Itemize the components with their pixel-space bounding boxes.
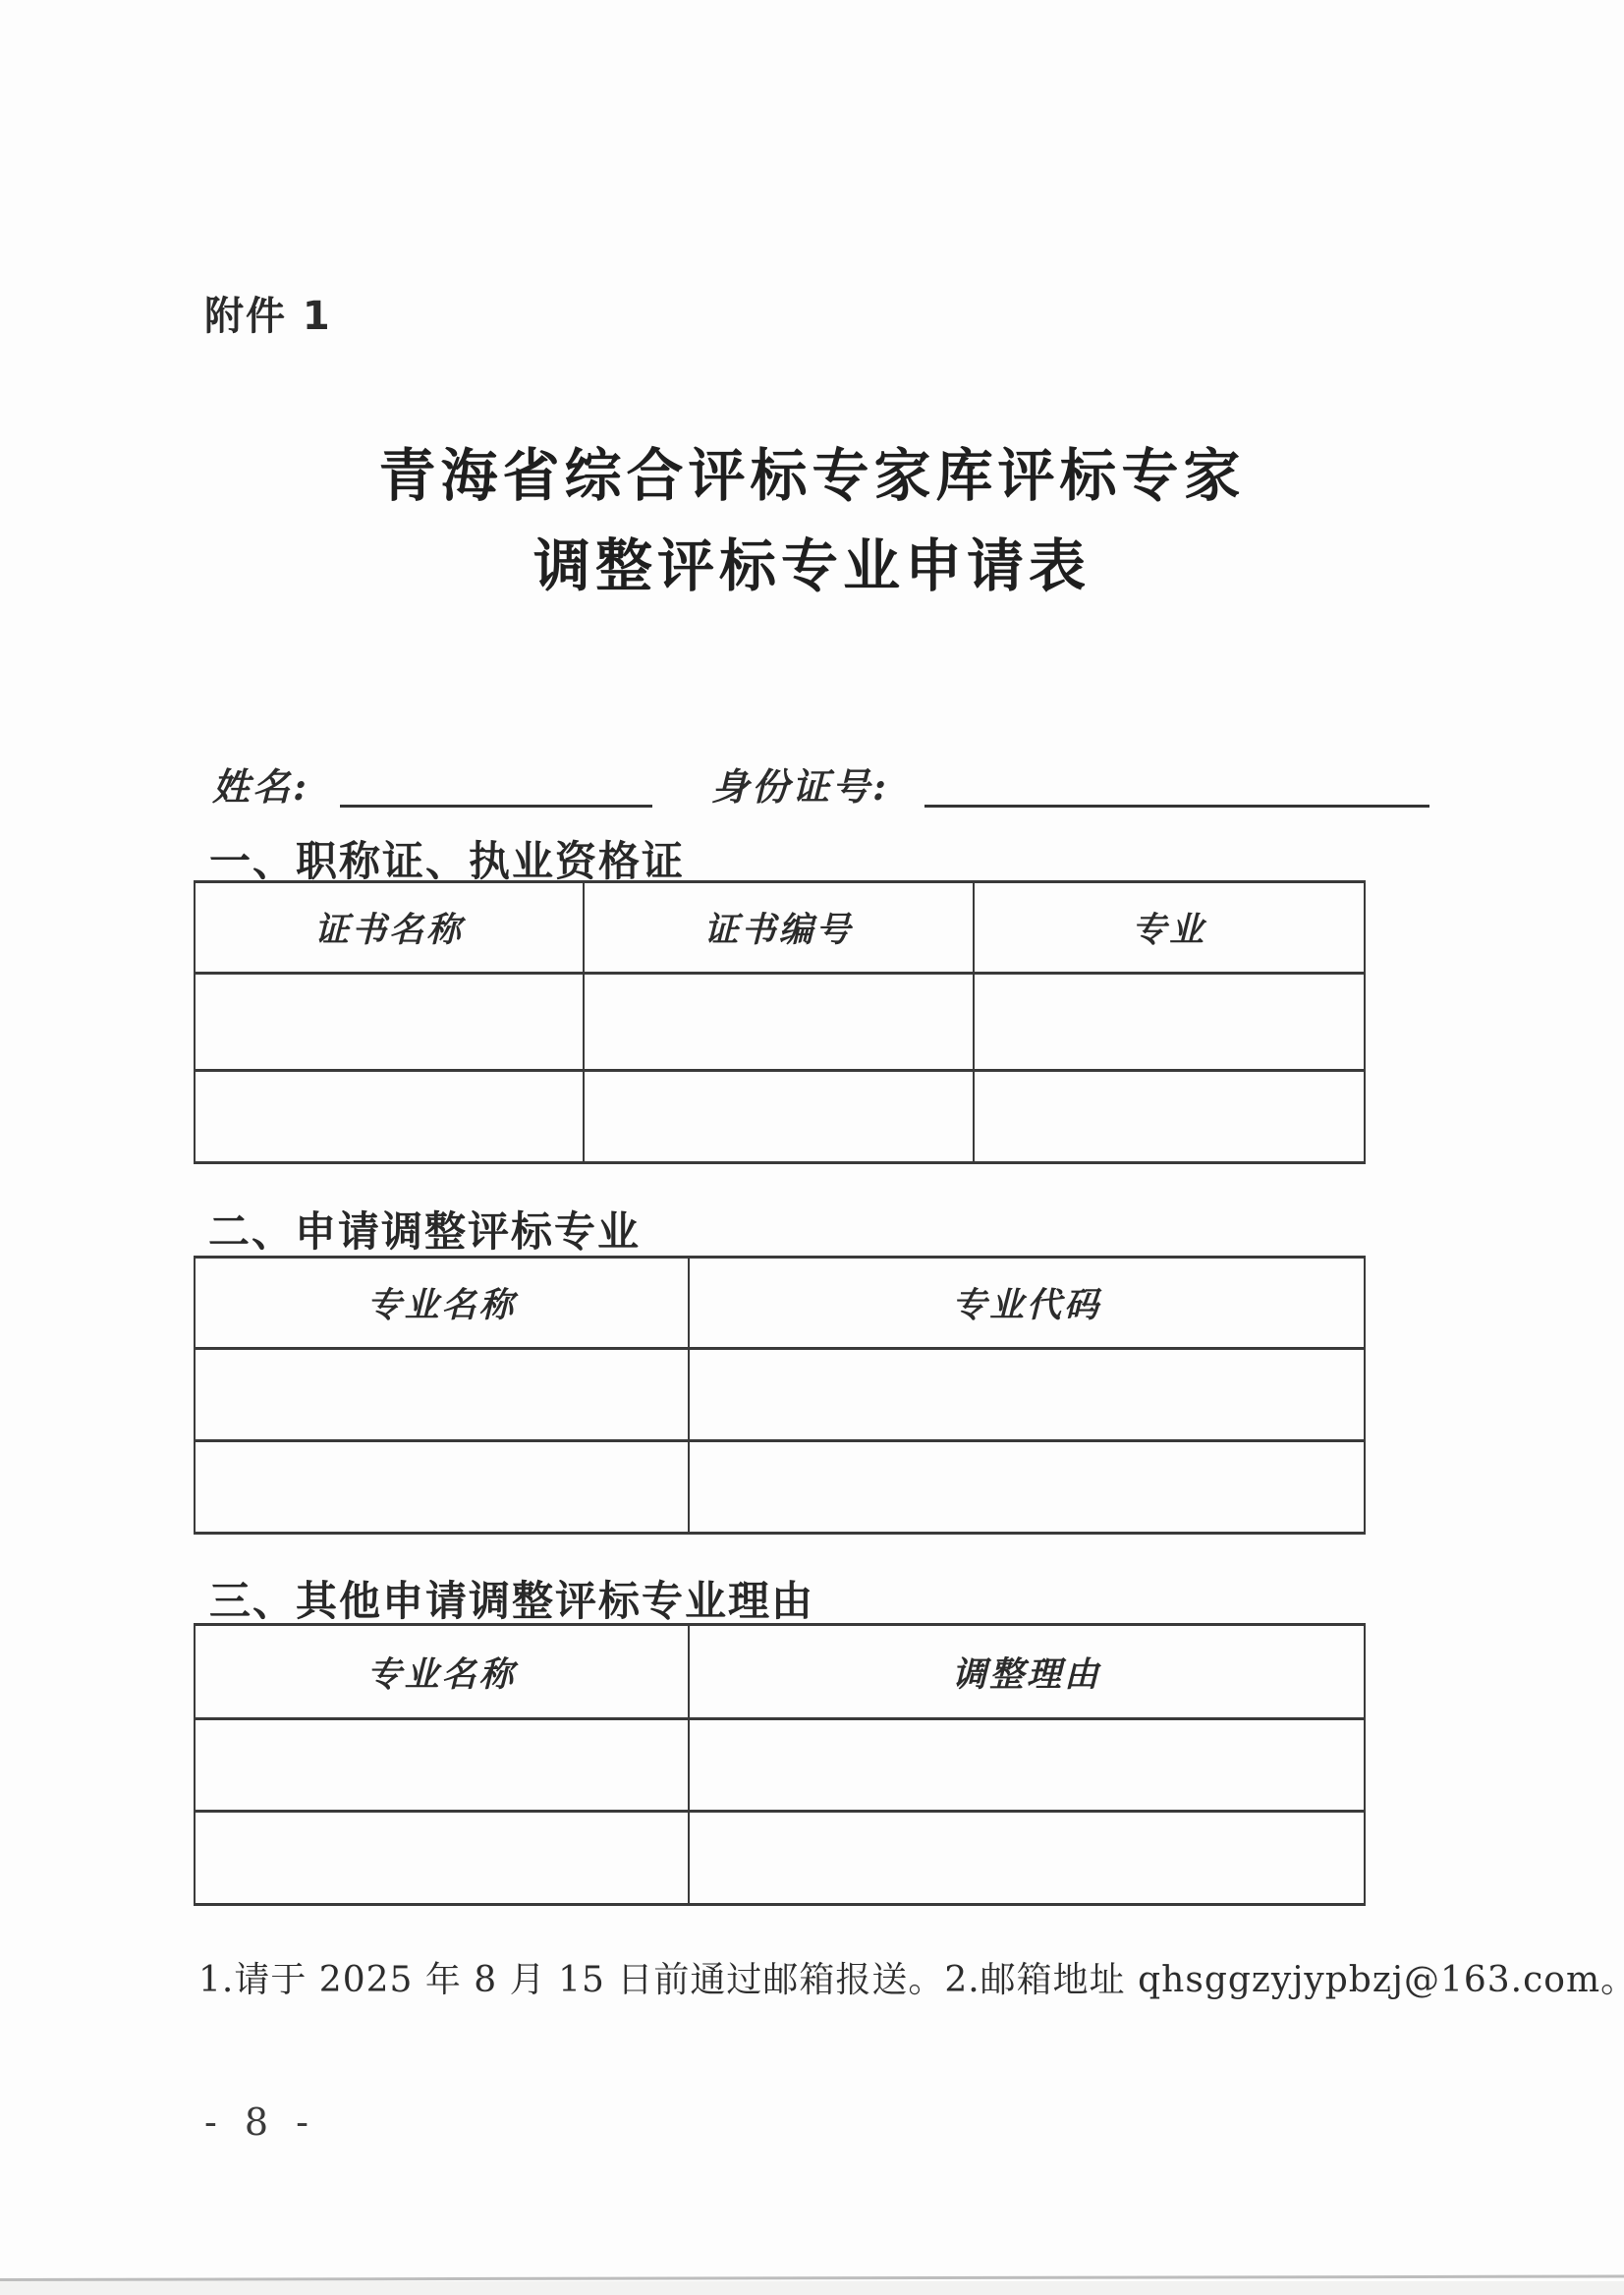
table-row xyxy=(195,1349,1365,1441)
body-cell xyxy=(195,1071,584,1163)
header-cell-label: 调整理由 xyxy=(952,1654,1101,1695)
body-cell xyxy=(689,1441,1365,1534)
footnote: 1.请于 2025 年 8 月 15 日前通过邮箱报送。2.邮箱地址 qhsgg… xyxy=(198,1955,1456,2006)
section-2-heading: 二、申请调整评标专业 xyxy=(208,1200,641,1259)
body-cell xyxy=(584,1071,974,1163)
header-cell-label: 专业名称 xyxy=(366,1285,516,1325)
header-cell: 专业名称 xyxy=(195,1258,689,1349)
header-cell-label: 专业代码 xyxy=(952,1285,1101,1325)
header-cell-label: 证书编号 xyxy=(703,910,853,950)
header-cell-label: 专业 xyxy=(1132,910,1206,950)
header-cell: 专业 xyxy=(974,882,1365,974)
body-cell xyxy=(689,1719,1365,1812)
table-header-row: 专业名称 专业代码 xyxy=(195,1258,1365,1349)
table-row xyxy=(195,1071,1365,1163)
body-cell xyxy=(974,1071,1365,1163)
table-header-row: 专业名称 调整理由 xyxy=(195,1625,1365,1719)
table-row xyxy=(195,1441,1365,1534)
body-cell xyxy=(195,1719,689,1812)
document-title: 青海省综合评标专家库评标专家 调整评标专业申请表 xyxy=(0,444,1624,597)
other-reasons-table: 专业名称 调整理由 xyxy=(194,1623,1366,1906)
body-cell xyxy=(195,1441,689,1534)
body-cell xyxy=(584,974,974,1071)
header-cell-label: 证书名称 xyxy=(314,910,464,950)
page-number: - 8 - xyxy=(204,2100,316,2144)
scanned-form-page: 附件 1 青海省综合评标专家库评标专家 调整评标专业申请表 姓名: 身份证号: … xyxy=(0,0,1624,2295)
table-header-row: 证书名称 证书编号 专业 xyxy=(195,882,1365,974)
header-cell: 证书名称 xyxy=(195,882,584,974)
id-label: 身份证号: xyxy=(711,756,889,811)
name-fill-line xyxy=(340,805,652,808)
page-edge-shadow xyxy=(0,2281,1624,2295)
header-cell: 专业名称 xyxy=(195,1625,689,1719)
title-line-2: 调整评标专业申请表 xyxy=(0,534,1624,597)
body-cell xyxy=(195,1349,689,1441)
header-cell: 证书编号 xyxy=(584,882,974,974)
certificates-table: 证书名称 证书编号 专业 xyxy=(194,880,1366,1164)
title-line-1: 青海省综合评标专家库评标专家 xyxy=(0,444,1624,507)
body-cell xyxy=(195,1812,689,1905)
table-row xyxy=(195,1812,1365,1905)
body-cell xyxy=(689,1349,1365,1441)
adjust-specialty-table: 专业名称 专业代码 xyxy=(194,1256,1366,1535)
body-cell xyxy=(689,1812,1365,1905)
section-1-heading: 一、职称证、执业资格证 xyxy=(209,829,685,888)
header-cell: 调整理由 xyxy=(689,1625,1365,1719)
header-cell-label: 专业名称 xyxy=(366,1654,516,1695)
name-label: 姓名: xyxy=(212,756,309,811)
table-row xyxy=(195,1719,1365,1812)
section-3-heading: 三、其他申请调整评标专业理由 xyxy=(209,1569,814,1628)
body-cell xyxy=(974,974,1365,1071)
table-row xyxy=(195,974,1365,1071)
attachment-label: 附件 1 xyxy=(204,285,332,341)
id-fill-line xyxy=(924,805,1429,808)
header-cell: 专业代码 xyxy=(689,1258,1365,1349)
body-cell xyxy=(195,974,584,1071)
